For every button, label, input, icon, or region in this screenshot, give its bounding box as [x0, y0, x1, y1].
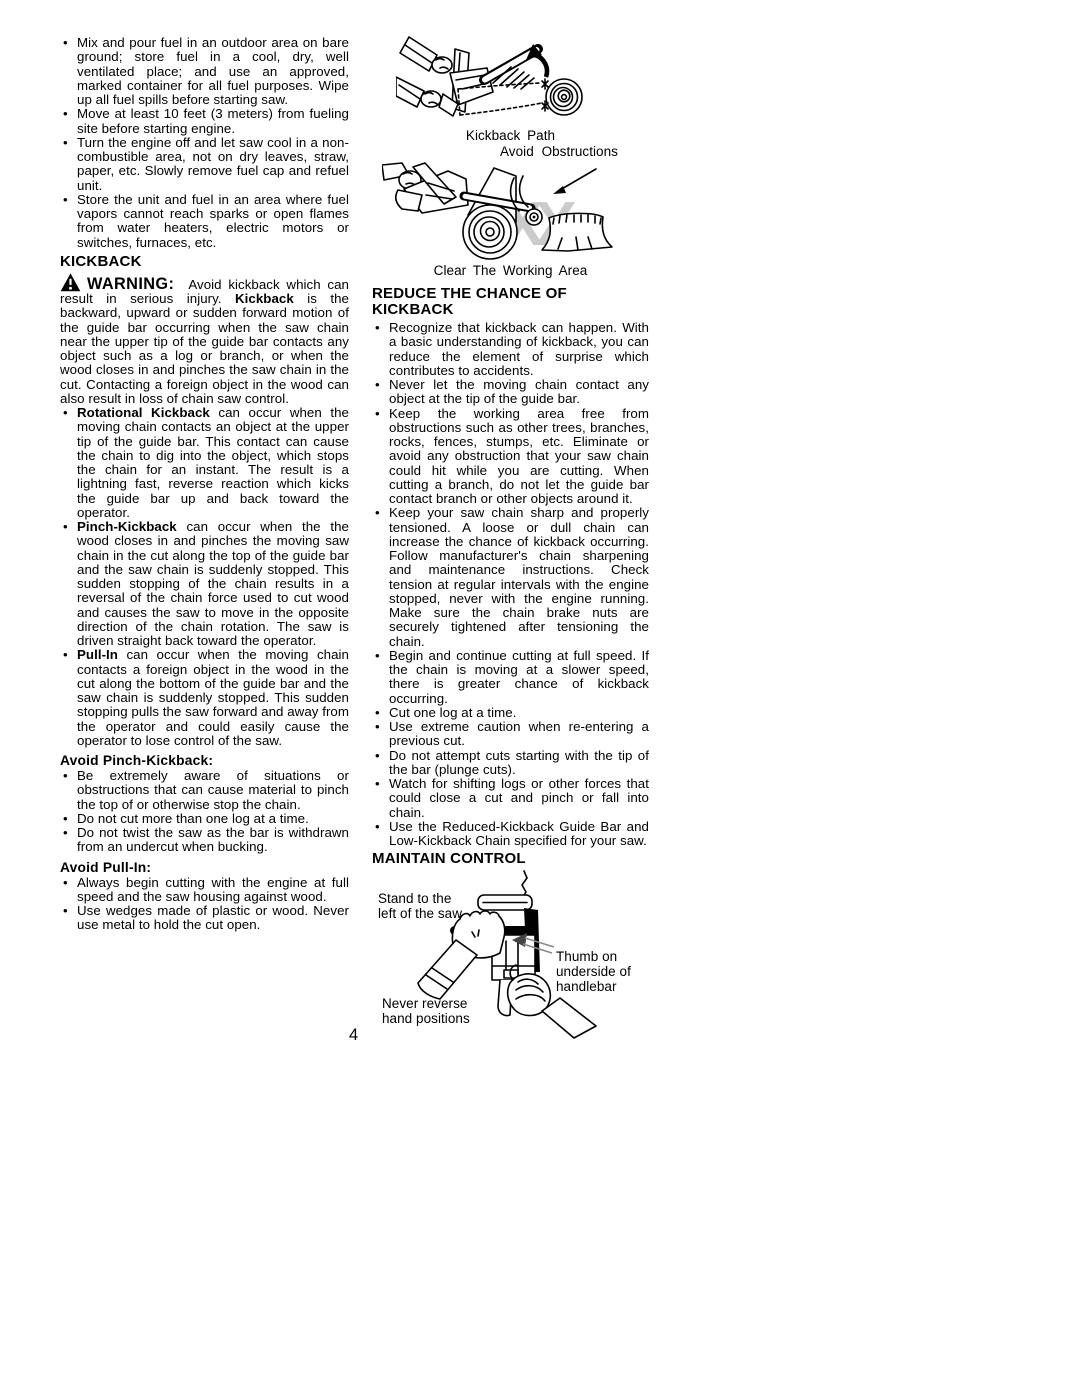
list-item: Do not cut more than one log at a time.: [60, 812, 349, 826]
kickback-path-illustration: [396, 33, 626, 128]
pointer-arrow-icon: [553, 169, 596, 194]
figure-caption: Clear The Working Area: [372, 263, 649, 278]
list-item: Do not attempt cuts starting with the ti…: [372, 749, 649, 778]
kickback-heading: KICKBACK: [60, 254, 349, 270]
list-item: Rotational Kickback can occur when the m…: [60, 406, 349, 520]
term-text: can occur when the moving chain contacts…: [77, 405, 349, 520]
avoid-pinch-list: Be extremely aware of situations or obst…: [60, 769, 349, 855]
figure-caption: Kickback Path: [372, 128, 649, 143]
avoid-pinch-kickback-heading: Avoid Pinch-Kickback:: [60, 753, 349, 768]
kickback-path-figure: [372, 33, 649, 128]
thumb-underside-label: Thumb on underside of handlebar: [556, 950, 631, 994]
right-column: Kickback Path Avoid Obstructions XX: [372, 33, 649, 1042]
kickback-types-list: Rotational Kickback can occur when the m…: [60, 406, 349, 748]
stump: [542, 213, 612, 251]
term-lead: Pinch-Kickback: [77, 519, 177, 534]
list-item: Pull-In can occur when the moving chain …: [60, 648, 349, 748]
right-arm: [542, 998, 596, 1038]
list-item: Never let the moving chain contact any o…: [372, 378, 649, 407]
list-item: Move at least 10 feet (3 meters) from fu…: [60, 107, 349, 136]
avoid-pull-in-list: Always begin cutting with the engine at …: [60, 876, 349, 933]
term-lead: Pull-In: [77, 647, 118, 662]
reduce-kickback-list: Recognize that kickback can happen. With…: [372, 321, 649, 848]
list-item: Begin and continue cutting at full speed…: [372, 649, 649, 706]
list-item: Keep the working area free from obstruct…: [372, 407, 649, 507]
working-area-figure: XX: [372, 161, 649, 263]
list-item: Mix and pour fuel in an outdoor area on …: [60, 36, 349, 107]
list-item: Keep your saw chain sharp and properly t…: [372, 506, 649, 649]
avoid-obstructions-label: Avoid Obstructions: [372, 144, 649, 159]
warning-bold-word: Kickback: [235, 291, 294, 306]
stand-left-label: Stand to the left of the saw: [378, 892, 462, 922]
list-item: Use extreme caution when re-entering a p…: [372, 720, 649, 749]
maintain-control-figure: Stand to the left of the saw Thumb on un…: [372, 870, 649, 1042]
warning-triangle-icon: [60, 277, 87, 292]
warning-text: is the backward, upward or sudden forwar…: [60, 291, 349, 406]
list-item: Use wedges made of plastic or wood. Neve…: [60, 904, 349, 933]
term-text: can occur when the the wood closes in an…: [77, 519, 349, 648]
maintain-control-heading: MAINTAIN CONTROL: [372, 851, 649, 867]
never-reverse-label: Never reverse hand positions: [382, 997, 470, 1027]
list-item: Recognize that kickback can happen. With…: [372, 321, 649, 378]
list-item: Be extremely aware of situations or obst…: [60, 769, 349, 812]
list-item: Always begin cutting with the engine at …: [60, 876, 349, 905]
page-number: 4: [349, 1026, 358, 1044]
log: [542, 79, 582, 115]
log: [463, 168, 517, 259]
list-item: Turn the engine off and let saw cool in …: [60, 136, 349, 193]
reduce-kickback-heading: REDUCE THE CHANCE OF KICKBACK: [372, 286, 649, 318]
list-item: Cut one log at a time.: [372, 706, 649, 720]
starter-cord: [522, 871, 527, 897]
list-item: Use the Reduced-Kickback Guide Bar and L…: [372, 820, 649, 849]
left-column: Mix and pour fuel in an outdoor area on …: [60, 36, 349, 933]
manual-page: Mix and pour fuel in an outdoor area on …: [0, 0, 1080, 1397]
list-item: Do not twist the saw as the bar is withd…: [60, 826, 349, 855]
list-item: Pinch-Kickback can occur when the the wo…: [60, 520, 349, 648]
list-item: Watch for shifting logs or other forces …: [372, 777, 649, 820]
list-item: Store the unit and fuel in an area where…: [60, 193, 349, 250]
left-arm: [418, 940, 477, 999]
avoid-pull-in-heading: Avoid Pull-In:: [60, 860, 349, 875]
term-text: can occur when the moving chain contacts…: [77, 647, 349, 748]
warning-paragraph: WARNING: Avoid kickback which can result…: [60, 273, 349, 406]
working-area-illustration: XX: [382, 161, 657, 263]
term-lead: Rotational Kickback: [77, 405, 210, 420]
fuel-safety-list: Mix and pour fuel in an outdoor area on …: [60, 36, 349, 250]
